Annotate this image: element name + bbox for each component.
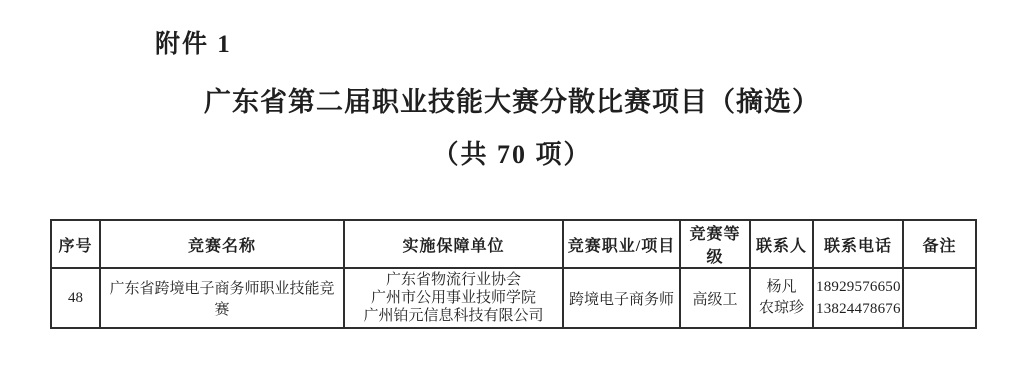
cell-level: 高级工: [680, 268, 750, 328]
col-header-competition-name: 竞赛名称: [100, 220, 344, 268]
table-row: 48 广东省跨境电子商务师职业技能竞赛 广东省物流行业协会 广州市公用事业技师学…: [51, 268, 976, 328]
col-header-occupation: 竞赛职业/项目: [563, 220, 680, 268]
col-header-support-unit: 实施保障单位: [344, 220, 563, 268]
col-header-level: 竞赛等级: [680, 220, 750, 268]
col-header-contact: 联系人: [750, 220, 813, 268]
table-header-row: 序号 竞赛名称 实施保障单位 竞赛职业/项目 竞赛等级 联系人 联系电话 备注: [51, 220, 976, 268]
cell-seq: 48: [51, 268, 100, 328]
col-header-seq: 序号: [51, 220, 100, 268]
competitions-table: 序号 竞赛名称 实施保障单位 竞赛职业/项目 竞赛等级 联系人 联系电话 备注 …: [50, 219, 977, 329]
cell-support-units: 广东省物流行业协会 广州市公用事业技师学院 广州铂元信息科技有限公司: [344, 268, 563, 328]
document-page: { "document": { "attachment_label": "附件 …: [0, 0, 1024, 371]
cell-occupation: 跨境电子商务师: [563, 268, 680, 328]
doc-title: 广东省第二届职业技能大赛分散比赛项目（摘选）: [0, 80, 1024, 119]
attachment-label: 附件 1: [155, 24, 232, 60]
cell-remark: [903, 268, 976, 328]
col-header-remark: 备注: [903, 220, 976, 268]
col-header-phone: 联系电话: [813, 220, 903, 268]
cell-contacts: 杨凡 农琼珍: [750, 268, 813, 328]
doc-subtitle: （共 70 项）: [0, 134, 1024, 171]
cell-phones: 18929576650 13824478676: [813, 268, 903, 328]
cell-competition-name: 广东省跨境电子商务师职业技能竞赛: [100, 268, 344, 328]
